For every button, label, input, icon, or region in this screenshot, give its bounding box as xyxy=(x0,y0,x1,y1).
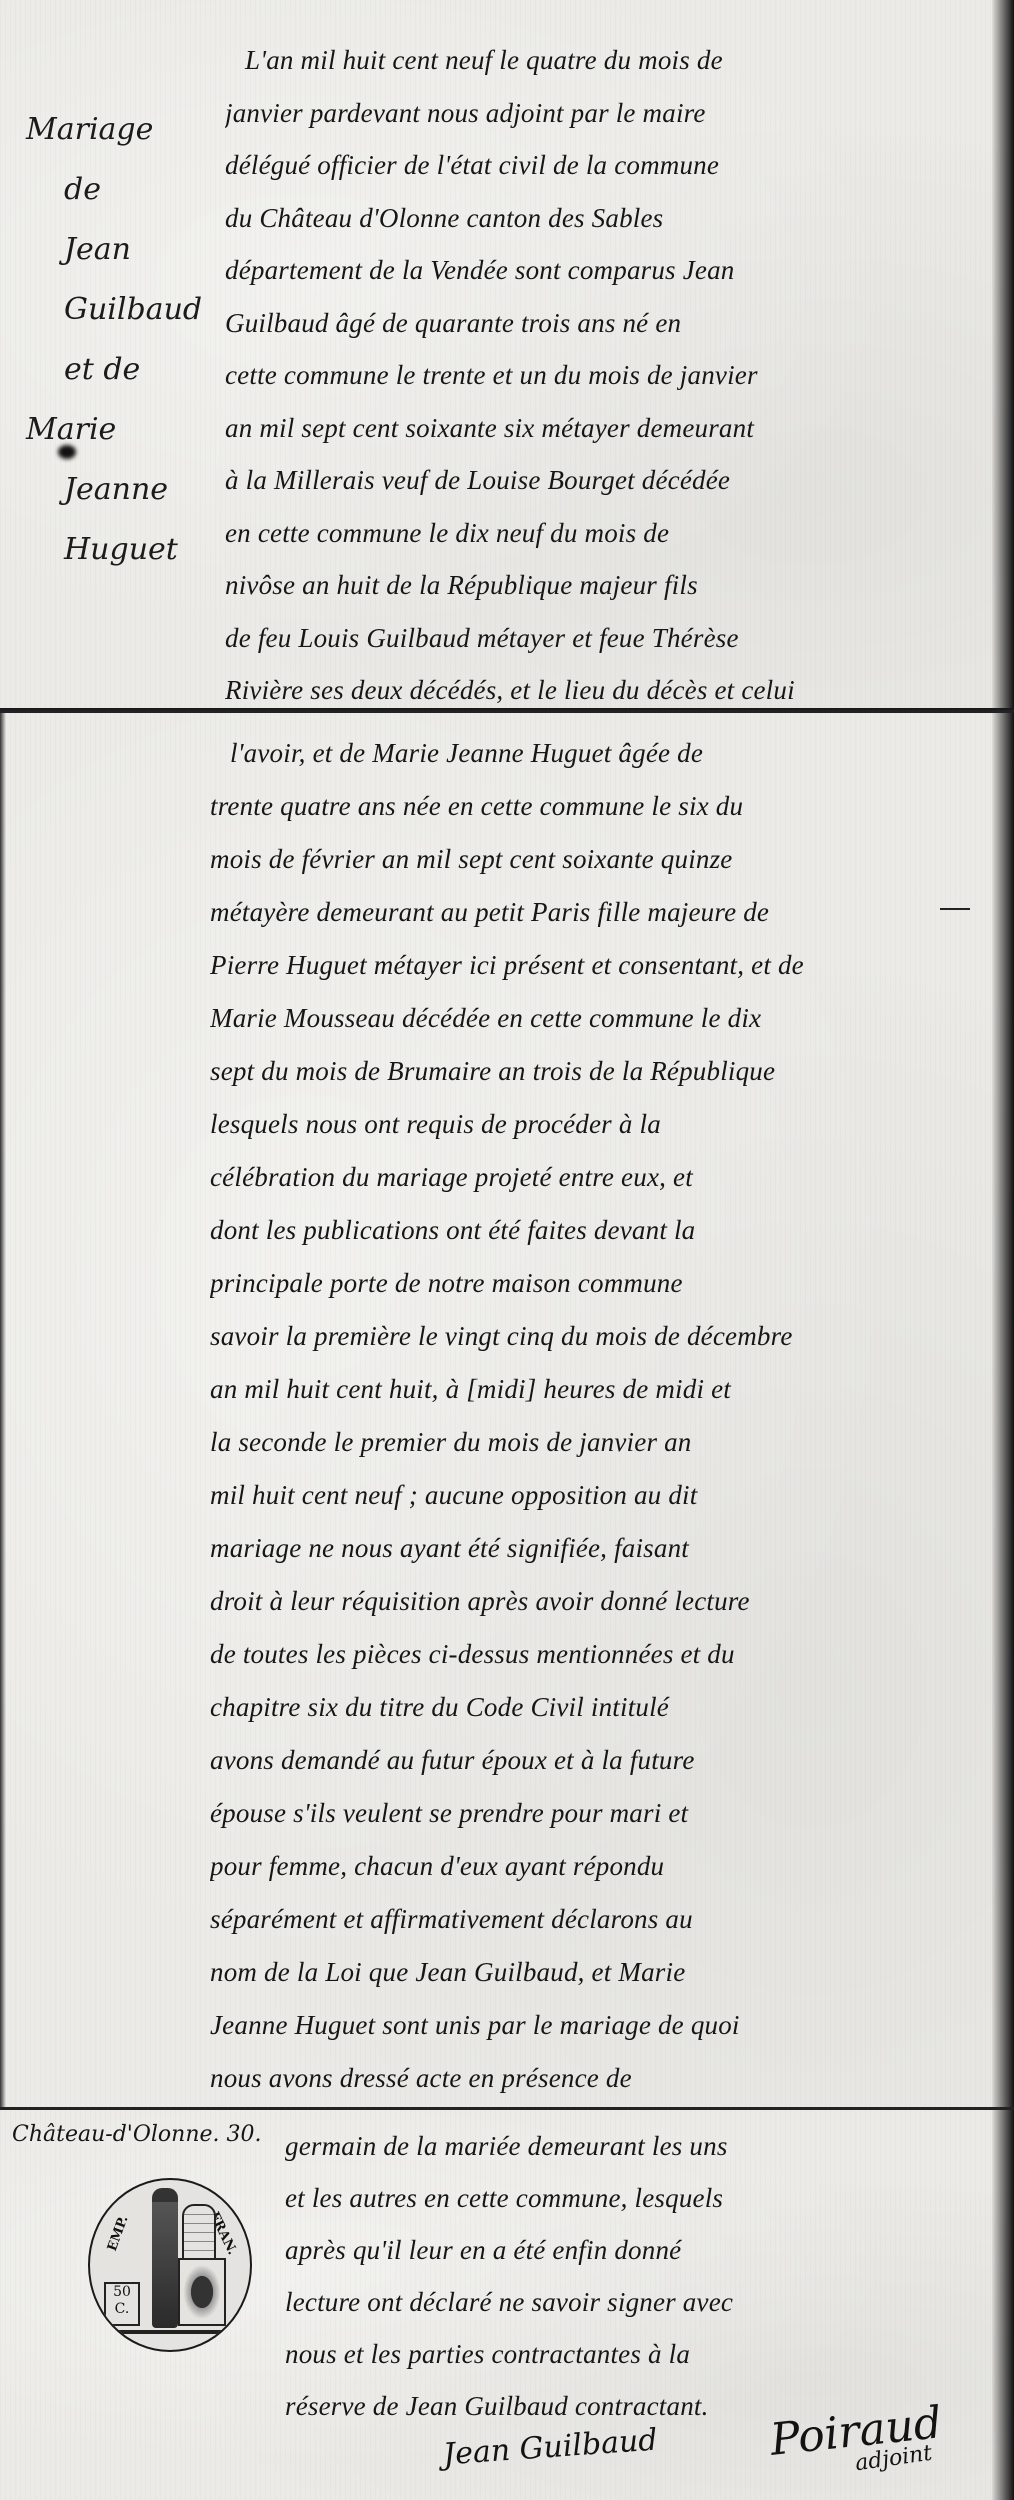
text-line: nous et les parties contractantes à la xyxy=(285,2328,974,2380)
text-line: chapitre six du titre du Code Civil inti… xyxy=(210,1681,974,1734)
margin-note-line: Mariage xyxy=(26,100,196,160)
text-line: avons demandé au futur époux et à la fut… xyxy=(210,1734,974,1787)
text-line: L'an mil huit cent neuf le quatre du moi… xyxy=(225,34,974,87)
register-page-fragment-2: l'avoir, et de Marie Jeanne Huguet âgée … xyxy=(0,710,1014,2109)
text-line: Pierre Huguet métayer ici présent et con… xyxy=(210,939,974,992)
text-line: an mil sept cent soixante six métayer de… xyxy=(225,402,974,455)
margin-note: Mariage de Jean Guilbaud et de Marie Jea… xyxy=(26,100,196,580)
text-line: lesquels nous ont requis de procéder à l… xyxy=(210,1098,974,1151)
text-line: mois de février an mil sept cent soixant… xyxy=(210,833,974,886)
register-page-fragment-1: Mariage de Jean Guilbaud et de Marie Jea… xyxy=(0,0,1014,708)
text-line: après qu'il leur en a été enfin donné xyxy=(285,2224,974,2276)
text-line: cette commune le trente et un du mois de… xyxy=(225,349,974,402)
text-line: épouse s'ils veulent se prendre pour mar… xyxy=(210,1787,974,1840)
text-line: an mil huit cent huit, à [midi] heures d… xyxy=(210,1363,974,1416)
text-line: nous avons dressé acte en présence de xyxy=(210,2052,974,2105)
text-line: de toutes les pièces ci-dessus mentionné… xyxy=(210,1628,974,1681)
text-line: délégué officier de l'état civil de la c… xyxy=(225,139,974,192)
margin-note-line: Jean xyxy=(26,220,196,280)
text-line: droit à leur réquisition après avoir don… xyxy=(210,1575,974,1628)
text-line: à la Millerais veuf de Louise Bourget dé… xyxy=(225,454,974,507)
law-tablets-icon xyxy=(182,2204,216,2260)
tax-stamp: EMP. FRAN. 50 C. xyxy=(88,2178,252,2352)
text-line: la seconde le premier du mois de janvier… xyxy=(210,1416,974,1469)
text-line: nivôse an huit de la République majeur f… xyxy=(225,559,974,612)
text-line: séparément et affirmativement déclarons … xyxy=(210,1893,974,1946)
text-line: de feu Louis Guilbaud métayer et feue Th… xyxy=(225,612,974,665)
margin-note-line: de xyxy=(26,160,196,220)
text-line: principale porte de notre maison commune xyxy=(210,1257,974,1310)
margin-note-line: Huguet xyxy=(26,520,196,580)
text-line: Guilbaud âgé de quarante trois ans né en xyxy=(225,297,974,350)
text-line: du Château d'Olonne canton des Sables xyxy=(225,192,974,245)
act-text-part-2: l'avoir, et de Marie Jeanne Huguet âgée … xyxy=(210,727,974,2109)
allegorical-figure-icon xyxy=(152,2188,178,2328)
text-line: janvier pardevant nous adjoint par le ma… xyxy=(225,87,974,140)
margin-note-line: Jeanne xyxy=(26,460,196,520)
margin-note-line: Marie xyxy=(26,400,196,460)
text-line: et les autres en cette commune, lesquels xyxy=(285,2172,974,2224)
text-line: Rivière ses deux décédés, et le lieu du … xyxy=(225,664,974,708)
margin-note-line: Guilbaud xyxy=(26,280,196,340)
text-line: l'avoir, et de Marie Jeanne Huguet âgée … xyxy=(210,727,974,780)
act-text-part-1: L'an mil huit cent neuf le quatre du moi… xyxy=(225,34,974,708)
text-line: pour femme, chacun d'eux ayant répondu xyxy=(210,1840,974,1893)
text-line: germain de la mariée demeurant les uns xyxy=(285,2120,974,2172)
margin-note-line: et de xyxy=(26,340,196,400)
text-line: lecture ont déclaré ne savoir signer ave… xyxy=(285,2276,974,2328)
stamp-value: 50 C. xyxy=(104,2282,140,2326)
text-line: sept du mois de Brumaire an trois de la … xyxy=(210,1045,974,1098)
eagle-altar-icon xyxy=(178,2258,226,2326)
stamp-value-number: 50 xyxy=(106,2284,138,2301)
text-line: dont les publications ont été faites dev… xyxy=(210,1204,974,1257)
text-line: mariage ne nous ayant été signifiée, fai… xyxy=(210,1522,974,1575)
ink-blot xyxy=(58,445,76,459)
stamp-text-left: EMP. xyxy=(105,2214,132,2253)
text-line: savoir la première le vingt cinq du mois… xyxy=(210,1310,974,1363)
line-filler-stroke xyxy=(940,908,970,910)
text-line: nom de la Loi que Jean Guilbaud, et Mari… xyxy=(210,1946,974,1999)
text-line: en cette commune le dix neuf du mois de xyxy=(225,507,974,560)
act-text-part-3: germain de la mariée demeurant les uns e… xyxy=(285,2120,974,2432)
stamp-value-unit: C. xyxy=(106,2301,138,2318)
text-line: mil huit cent neuf ; aucune opposition a… xyxy=(210,1469,974,1522)
stamp-base xyxy=(90,2330,250,2334)
text-line: métayère demeurant au petit Paris fille … xyxy=(210,886,974,939)
text-line: département de la Vendée sont comparus J… xyxy=(225,244,974,297)
text-line: célébration du mariage projeté entre eux… xyxy=(210,1151,974,1204)
text-line: trente quatre ans née en cette commune l… xyxy=(210,780,974,833)
register-page-fragment-3: Château-d'Olonne. 30. EMP. FRAN. 50 C. g… xyxy=(0,2107,1014,2500)
text-line: Jeanne Huguet sont unis par le mariage d… xyxy=(210,1999,974,2052)
archive-reference: Château-d'Olonne. 30. xyxy=(12,2122,261,2147)
text-line: Marie Mousseau décédée en cette commune … xyxy=(210,992,974,1045)
